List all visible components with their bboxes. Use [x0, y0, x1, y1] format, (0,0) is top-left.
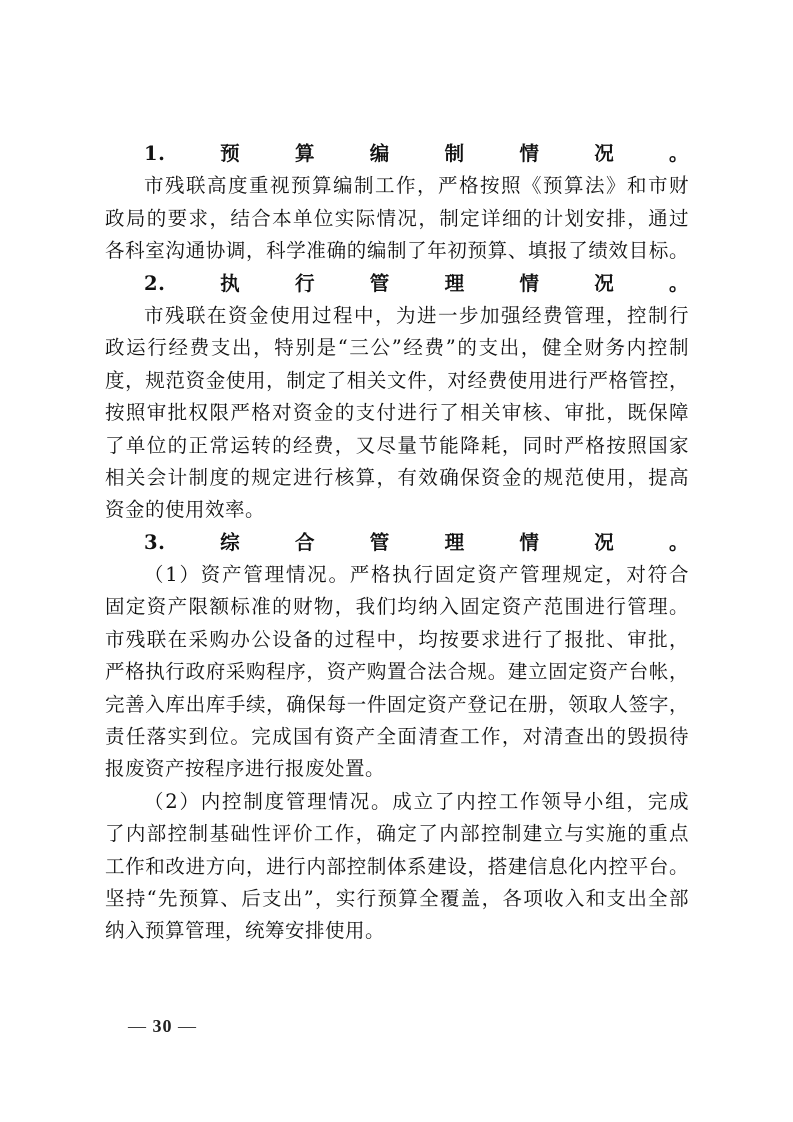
paragraph-line: 工作和改进方向，进行内部控制体系建设，搭建信息化内控平台。 [105, 851, 689, 883]
paragraph-line: 完善入库出库手续，确保每一件固定资产登记在册，领取人签字， [105, 689, 689, 721]
paragraph-line: （1）资产管理情况。严格执行固定资产管理规定，对符合 [105, 559, 689, 591]
paragraph-line: 责任落实到位。完成国有资产全面清查工作，对清查出的毁损待 [105, 721, 689, 753]
paragraph-line: 市残联在采购办公设备的过程中，均按要求进行了报批、审批， [105, 624, 689, 656]
paragraph-line: 资金的使用效率。 [105, 494, 689, 526]
page-number-value: 30 [153, 1016, 173, 1036]
page-number: — 30 — [128, 1016, 197, 1037]
section-heading-1: 1.预算编制情况。 [105, 138, 689, 170]
paragraph-line: 固定资产限额标准的财物，我们均纳入固定资产范围进行管理。 [105, 591, 689, 623]
section-heading-3: 3.综合管理情况。 [105, 527, 689, 559]
paragraph-line: 报废资产按程序进行报废处置。 [105, 753, 689, 785]
paragraph-line: 严格执行政府采购程序，资产购置合法合规。建立固定资产台帐， [105, 656, 689, 688]
page-number-dash-left: — [128, 1016, 147, 1036]
paragraph-line: 纳入预算管理，统筹安排使用。 [105, 915, 689, 947]
paragraph-line: 相关会计制度的规定进行核算，有效确保资金的规范使用，提高 [105, 462, 689, 494]
paragraph-line: 了单位的正常运转的经费，又尽量节能降耗，同时严格按照国家 [105, 430, 689, 462]
paragraph-line: 政局的要求，结合本单位实际情况，制定详细的计划安排，通过 [105, 203, 689, 235]
document-page: 1.预算编制情况。 市残联高度重视预算编制工作，严格按照《预算法》和市财 政局的… [105, 138, 689, 948]
paragraph-line: 政运行经费支出，特别是“三公”经费”的支出，健全财务内控制 [105, 332, 689, 364]
paragraph-line: 按照审批权限严格对资金的支付进行了相关审核、审批，既保障 [105, 397, 689, 429]
paragraph-line: 坚持“先预算、后支出”，实行预算全覆盖，各项收入和支出全部 [105, 883, 689, 915]
paragraph-line: 市残联高度重视预算编制工作，严格按照《预算法》和市财 [105, 170, 689, 202]
page-number-dash-right: — [178, 1016, 197, 1036]
paragraph-line: 度，规范资金使用，制定了相关文件，对经费使用进行严格管控， [105, 365, 689, 397]
section-heading-2: 2.执行管理情况。 [105, 268, 689, 300]
paragraph-line: 各科室沟通协调，科学准确的编制了年初预算、填报了绩效目标。 [105, 235, 689, 267]
paragraph-line: 市残联在资金使用过程中，为进一步加强经费管理，控制行 [105, 300, 689, 332]
paragraph-line: 了内部控制基础性评价工作，确定了内部控制建立与实施的重点 [105, 818, 689, 850]
paragraph-line: （2）内控制度管理情况。成立了内控工作领导小组，完成 [105, 786, 689, 818]
